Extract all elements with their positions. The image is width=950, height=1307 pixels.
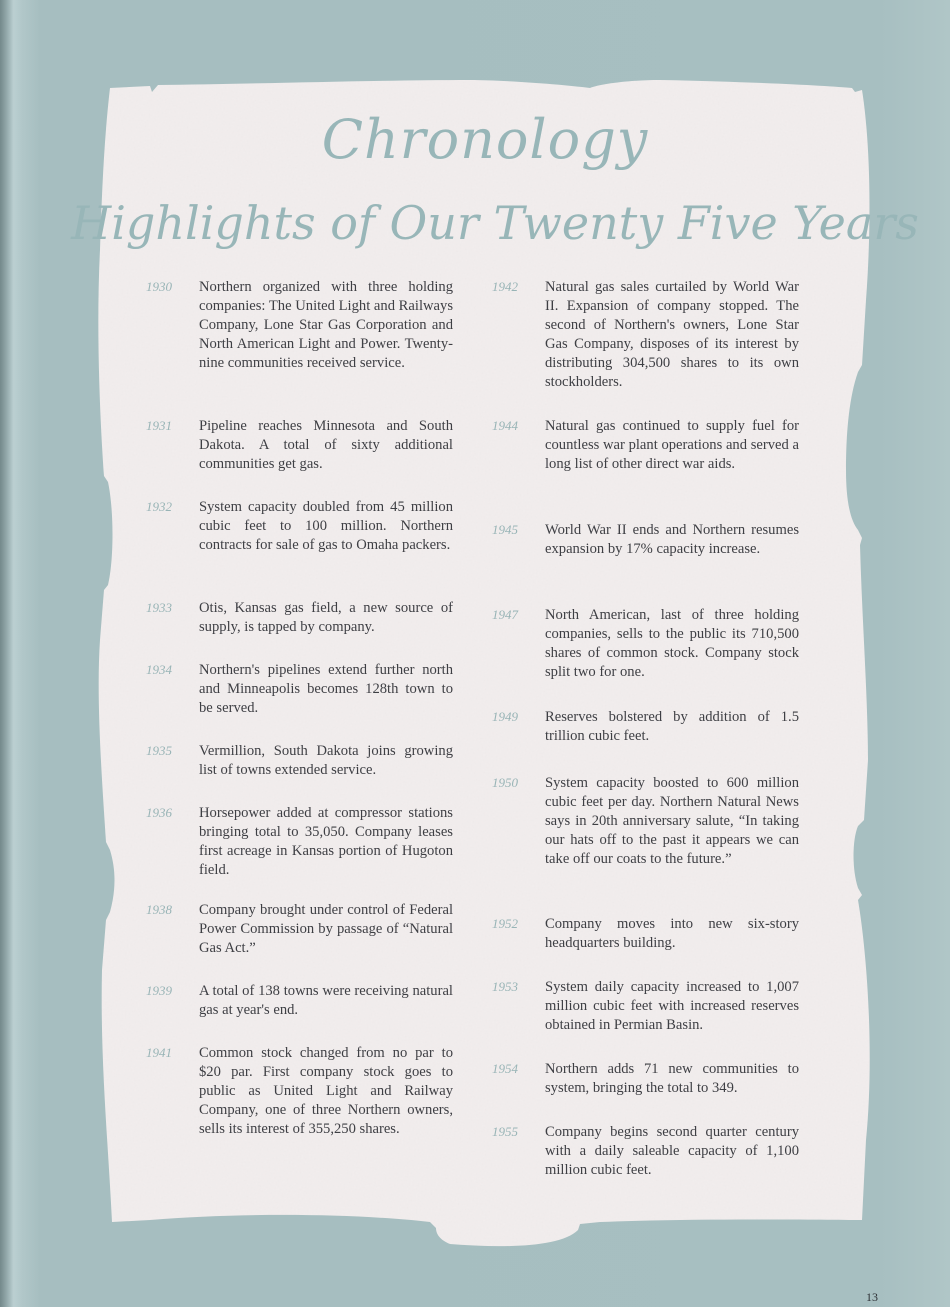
entry-text: World War II ends and Northern resumes e… <box>545 521 799 559</box>
entry-year: 1939 <box>146 983 192 999</box>
entry-year: 1932 <box>146 499 192 515</box>
entry-year: 1941 <box>146 1045 192 1061</box>
entry-year: 1942 <box>492 279 538 295</box>
entry-text: Northern organized with three holding co… <box>199 278 453 373</box>
entry-year: 1938 <box>146 902 192 918</box>
entry-year: 1934 <box>146 662 192 678</box>
entry-year: 1952 <box>492 916 538 932</box>
entry-text: System daily capacity increased to 1,007… <box>545 978 799 1035</box>
page-subtitle: Highlights of Our Twenty Five Years <box>20 196 950 250</box>
entry-year: 1949 <box>492 709 538 725</box>
entry-year: 1930 <box>146 279 192 295</box>
entry-year: 1935 <box>146 743 192 759</box>
entry-text: Vermillion, South Dakota joins growing l… <box>199 742 453 780</box>
entry-text: Common stock changed from no par to $20 … <box>199 1044 453 1139</box>
entry-text: Otis, Kansas gas field, a new source of … <box>199 599 453 637</box>
entry-text: Natural gas sales curtailed by World War… <box>545 278 799 391</box>
page-number: 13 <box>866 1290 878 1305</box>
entry-year: 1933 <box>146 600 192 616</box>
entry-year: 1944 <box>492 418 538 434</box>
entry-text: A total of 138 towns were receiving natu… <box>199 982 453 1020</box>
entry-year: 1945 <box>492 522 538 538</box>
entry-text: Pipeline reaches Minnesota and South Dak… <box>199 417 453 474</box>
page-title: Chronology <box>10 108 950 171</box>
entry-text: North American, last of three holding co… <box>545 606 799 682</box>
entry-year: 1931 <box>146 418 192 434</box>
entry-text: System capacity doubled from 45 million … <box>199 498 453 555</box>
entry-text: System capacity boosted to 600 million c… <box>545 774 799 869</box>
entry-year: 1950 <box>492 775 538 791</box>
entry-text: Company moves into new six-story headqua… <box>545 915 799 953</box>
entry-text: Company begins second quarter century wi… <box>545 1123 799 1180</box>
entry-text: Company brought under control of Federal… <box>199 901 453 958</box>
entry-text: Northern adds 71 new communities to syst… <box>545 1060 799 1098</box>
entry-text: Natural gas continued to supply fuel for… <box>545 417 799 474</box>
entry-text: Horsepower added at compressor stations … <box>199 804 453 880</box>
entry-year: 1947 <box>492 607 538 623</box>
entry-text: Northern's pipelines extend further nort… <box>199 661 453 718</box>
entry-year: 1955 <box>492 1124 538 1140</box>
entry-text: Reserves bolstered by addition of 1.5 tr… <box>545 708 799 746</box>
entry-year: 1954 <box>492 1061 538 1077</box>
entry-year: 1953 <box>492 979 538 995</box>
entry-year: 1936 <box>146 805 192 821</box>
